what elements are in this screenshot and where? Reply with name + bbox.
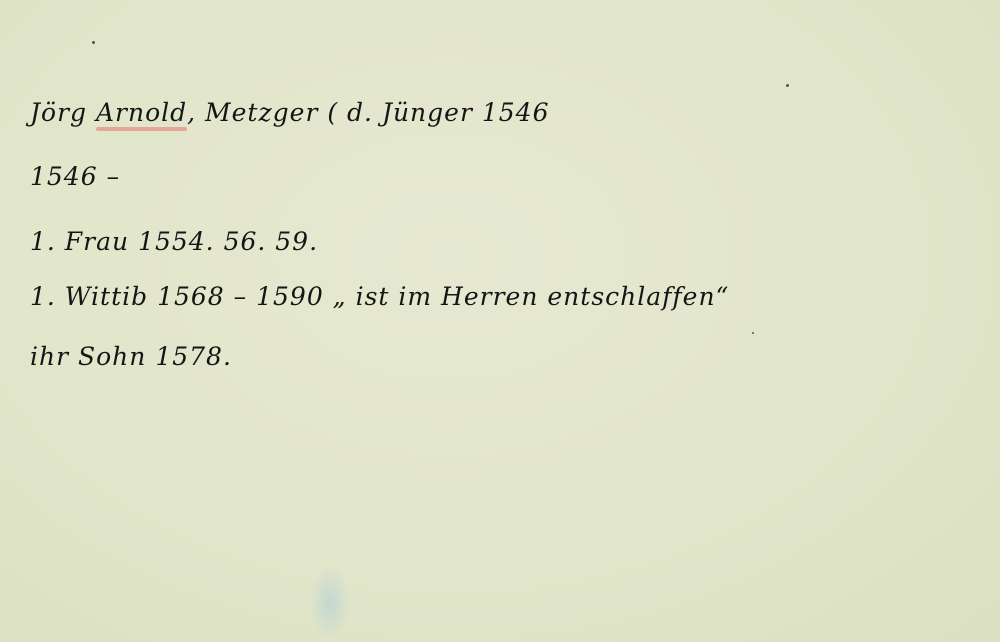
card-heading-line: Jörg Arnold, Metzger ( d. Jünger 1546 (30, 98, 549, 127)
card-line-son: ihr Sohn 1578. (30, 342, 232, 371)
ink-speck (752, 332, 754, 334)
ink-speck (92, 41, 95, 44)
ink-speck (786, 84, 789, 87)
blue-stain (310, 565, 350, 640)
card-line-first-wife: 1. Frau 1554. 56. 59. (30, 227, 318, 256)
surname-underlined: Arnold (96, 98, 187, 127)
given-name: Jörg (30, 98, 96, 127)
heading-rest: , Metzger ( d. Jünger 1546 (187, 98, 549, 127)
card-line-widow: 1. Wittib 1568 – 1590 „ ist im Herren en… (30, 282, 729, 311)
card-line-years: 1546 – (30, 162, 120, 191)
index-card: Jörg Arnold, Metzger ( d. Jünger 1546 15… (0, 0, 1000, 642)
